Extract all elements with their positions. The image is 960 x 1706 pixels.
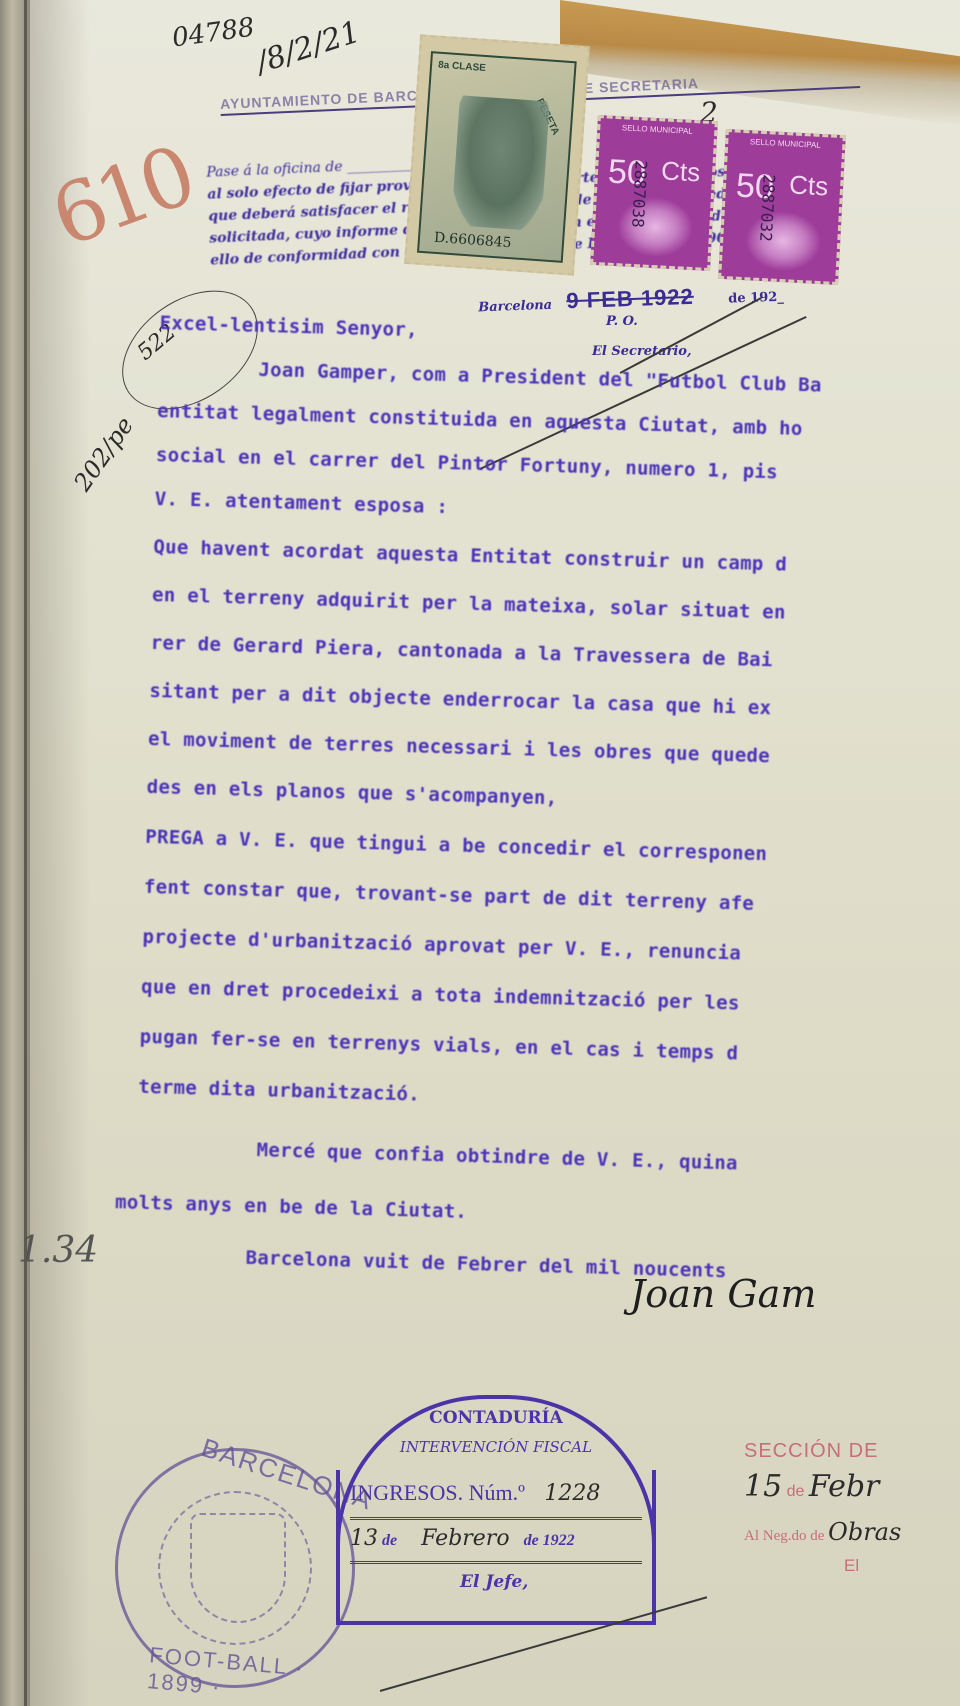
negociado-value: Obras — [828, 1518, 901, 1546]
place-label: Barcelona — [478, 298, 552, 316]
fiscal-revenue-stamp: 8a CLASE PESETA D.6606845 — [404, 34, 590, 275]
stamped-date: 9 FEB 1922 — [566, 284, 694, 313]
seccion-month: Febr — [809, 1469, 879, 1504]
el-label: El — [844, 1556, 960, 1576]
stamp-unit: Cts — [660, 155, 701, 188]
stamp-serial: D.6606845 — [434, 230, 512, 251]
contaduria-subtitle: INTERVENCIÓN FISCAL — [340, 1438, 652, 1456]
ingresos-label: INGRESOS. Núm.º — [350, 1480, 525, 1505]
seccion-day: 15 — [744, 1469, 782, 1504]
stamp-number: 2887032 — [756, 174, 779, 242]
secretario-label: El Secretario, — [592, 344, 691, 359]
municipal-stamp-2: SELLO MUNICIPAL 50 Cts 2887032 — [718, 129, 846, 285]
municipal-stamp-1: SELLO MUNICIPAL 50 Cts 2887038 — [590, 115, 718, 271]
jefe-label: El Jefe, — [460, 1572, 528, 1592]
ingresos-row: INGRESOS. Núm.º 1228 — [350, 1480, 642, 1520]
contaduria-title: CONTADURÍA — [340, 1408, 652, 1428]
day: 13 — [350, 1526, 378, 1551]
stamp-number: 2887038 — [628, 160, 651, 228]
bottom-margin-number: 1.34 — [18, 1230, 98, 1271]
ingresos-date-row: 13 de Febrero de 1922 — [350, 1526, 642, 1564]
seccion-de: de — [787, 1483, 805, 1500]
po-label: P. O. — [606, 314, 638, 329]
allegorical-figure-icon — [451, 95, 550, 231]
stamp-unit: Cts — [788, 169, 829, 202]
negociado-row: Al Neg.do de Obras — [744, 1518, 960, 1546]
year-label: de 1922 — [524, 1532, 575, 1549]
contaduria-stamp: CONTADURÍA INTERVENCIÓN FISCAL INGRESOS.… — [336, 1470, 656, 1625]
binding-edge — [24, 0, 27, 1706]
ingresos-number: 1228 — [544, 1481, 600, 1506]
signature-joan-gamper: Joan Gam — [630, 1272, 816, 1316]
stamp-class: 8a CLASE — [438, 60, 486, 74]
stamp-header: SELLO MUNICIPAL — [734, 136, 836, 150]
seccion-header: SECCIÓN DE — [744, 1440, 960, 1463]
fc-barcelona-seal: BARCELONA FOOT-BALL · 1899 · — [115, 1448, 355, 1688]
stamp-header: SELLO MUNICIPAL — [606, 122, 708, 136]
club-crest-icon — [190, 1513, 286, 1623]
seccion-date-row: 15 de Febr — [744, 1469, 960, 1504]
de-label: de — [382, 1532, 397, 1549]
negociado-label: Al Neg.do de — [744, 1528, 824, 1544]
seccion-stamp: SECCIÓN DE 15 de Febr Al Neg.do de Obras… — [744, 1440, 960, 1576]
month: Febrero — [421, 1526, 509, 1551]
